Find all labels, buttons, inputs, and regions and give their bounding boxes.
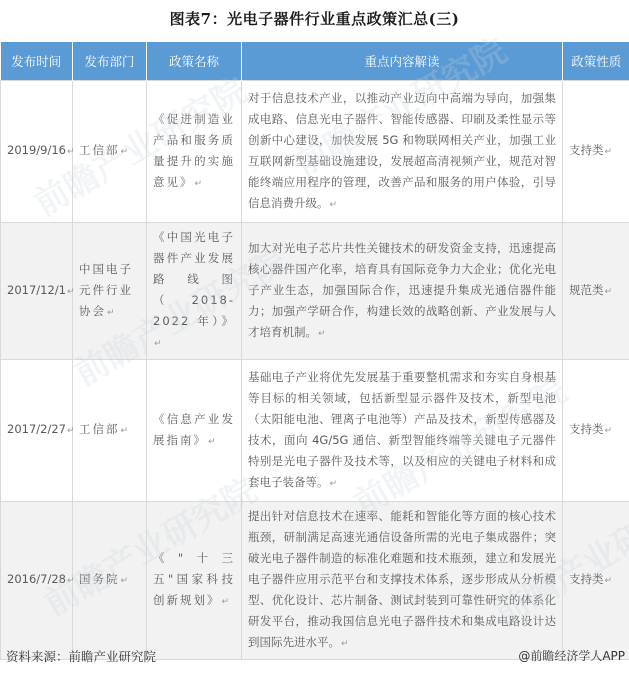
cell-dept: 工信部↵ (73, 81, 147, 223)
return-mark-icon: ↵ (605, 287, 613, 297)
header-content: 重点内容解读 (242, 42, 563, 81)
return-mark-icon: ↵ (67, 426, 75, 436)
chart-title: 图表7：光电子器件行业重点政策汇总(三) (0, 8, 629, 29)
cell-dept: 工信部↵ (73, 360, 147, 502)
return-mark-icon: ↵ (67, 576, 75, 586)
table-row: 2019/9/16↵ 工信部↵ 《促进制造业产品和服务质量提升的实施意见》↵ 对… (1, 81, 629, 223)
table-row: 2016/7/28↵ 国务院↵ 《"十三五"国家科技创新规划》↵ 提出针对信息技… (1, 502, 629, 660)
return-mark-icon: ↵ (605, 147, 613, 157)
cell-content: 加大对光电子芯片共性关键技术的研发资金支持，迅速提高核心器件国产化率，培育具有国… (242, 223, 563, 360)
cell-date: 2016/7/28↵ (1, 502, 73, 660)
return-mark-icon: ↵ (330, 479, 338, 489)
return-mark-icon: ↵ (121, 147, 131, 157)
header-date: 发布时间 (1, 42, 73, 81)
return-mark-icon: ↵ (605, 426, 613, 436)
return-mark-icon: ↵ (121, 426, 131, 436)
return-mark-icon: ↵ (222, 597, 232, 607)
cell-dept: 国务院↵ (73, 502, 147, 660)
cell-policy-type: 支持类↵ (563, 81, 629, 223)
source-note: 资料来源：前瞻产业研究院 (6, 647, 156, 665)
return-mark-icon: ↵ (121, 576, 131, 586)
policy-table: 发布时间 发布部门 政策名称 重点内容解读 政策性质 2019/9/16↵ 工信… (0, 42, 629, 660)
credit-note: @前瞻经济学人APP (518, 647, 625, 664)
cell-content: 提出针对信息技术在速率、能耗和智能化等方面的核心技术瓶颈，研制满足高速光通信设备… (242, 502, 563, 660)
cell-policy-name: 《信息产业发展指南》↵ (147, 360, 242, 502)
cell-date: 2017/12/1↵ (1, 223, 73, 360)
cell-policy-name: 《促进制造业产品和服务质量提升的实施意见》↵ (147, 81, 242, 223)
return-mark-icon: ↵ (318, 329, 326, 339)
return-mark-icon: ↵ (605, 576, 613, 586)
header-dept: 发布部门 (73, 42, 147, 81)
return-mark-icon: ↵ (195, 179, 205, 189)
cell-policy-type: 支持类↵ (563, 502, 629, 660)
cell-date: 2019/9/16↵ (1, 81, 73, 223)
return-mark-icon: ↵ (107, 308, 117, 318)
return-mark-icon: ↵ (67, 147, 75, 157)
cell-content: 基础电子产业将优先发展基于重要整机需求和夯实自身根基等目标的相关领域，包括新型显… (242, 360, 563, 502)
cell-content: 对于信息技术产业，以推动产业迈向中高端为导向，加强集成电路、信息光电子器件、智能… (242, 81, 563, 223)
cell-policy-type: 支持类↵ (563, 360, 629, 502)
cell-date: 2017/2/27↵ (1, 360, 73, 502)
return-mark-icon: ↵ (154, 339, 164, 349)
header-name: 政策名称 (147, 42, 242, 81)
return-mark-icon: ↵ (208, 437, 218, 447)
cell-policy-name: 《"十三五"国家科技创新规划》↵ (147, 502, 242, 660)
footer: 资料来源：前瞻产业研究院 @前瞻经济学人APP (0, 645, 629, 667)
table-header-row: 发布时间 发布部门 政策名称 重点内容解读 政策性质 (1, 42, 629, 81)
return-mark-icon: ↵ (330, 200, 338, 210)
table-row: 2017/2/27↵ 工信部↵ 《信息产业发展指南》↵ 基础电子产业将优先发展基… (1, 360, 629, 502)
cell-policy-name: 《中国光电子器件产业发展路线图（2018-2022 年）》↵ (147, 223, 242, 360)
cell-policy-type: 规范类↵ (563, 223, 629, 360)
table-row: 2017/12/1↵ 中国电子元件行业协会↵ 《中国光电子器件产业发展路线图（2… (1, 223, 629, 360)
return-mark-icon: ↵ (67, 287, 75, 297)
header-type: 政策性质 (563, 42, 629, 81)
cell-dept: 中国电子元件行业协会↵ (73, 223, 147, 360)
